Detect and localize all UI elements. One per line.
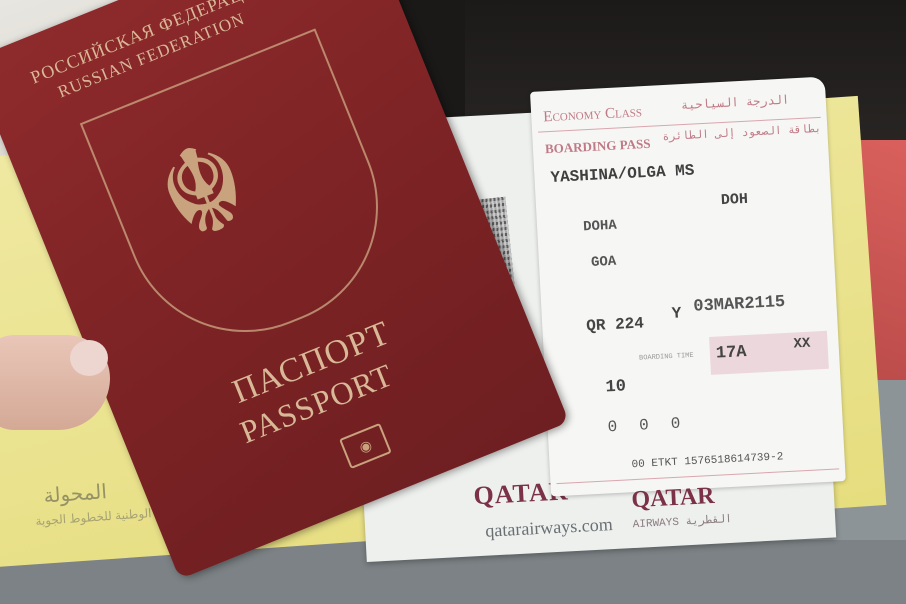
folder-arabic-text: المحولة [43, 479, 108, 508]
booking-class: Y [671, 304, 682, 322]
boarding-time-label: BOARDING TIME [639, 352, 694, 363]
baggage-counts: 000 [607, 413, 703, 436]
eticket-line: 00 ETKT 1576518614739-2 [631, 451, 783, 471]
sequence-number: XX [793, 336, 811, 353]
boarding-pass-title: BOARDING PASS [545, 136, 651, 158]
boarding-pass: Economy Class الدرجة السياحية BOARDING P… [530, 77, 846, 497]
passenger-name: YASHINA/OLGA MS [550, 162, 695, 188]
destination-code: DOH [721, 191, 749, 209]
seat-number: 17A [715, 343, 747, 364]
class-label: Economy Class [543, 104, 642, 126]
thumbnail [70, 340, 108, 376]
jacket-url: qatarairways.com [485, 514, 613, 542]
eticket-prefix: 00 [631, 459, 645, 472]
gate-number: 10 [605, 377, 626, 397]
class-label-arabic: الدرجة السياحية [681, 92, 790, 113]
flight-number: QR 224 [586, 314, 644, 335]
origin-city: DOHA [583, 218, 617, 236]
eticket-number: 1576518614739-2 [684, 451, 784, 468]
boarding-pass-title-arabic: بطاقة الصعود إلى الطائرة [662, 122, 821, 144]
airline-logo: QATAR [631, 483, 715, 514]
eticket-label: ETKT [651, 457, 678, 470]
baggage-count: 0 [607, 417, 640, 437]
destination-city: GOA [591, 254, 617, 271]
baggage-count: 0 [639, 415, 672, 435]
folder-arabic-subtext: الوطنية للخطوط الجوية [35, 506, 152, 528]
flight-date: 03MAR2115 [693, 293, 786, 317]
biometric-chip-icon: ◉ [339, 423, 392, 469]
divider [557, 468, 840, 484]
baggage-count: 0 [670, 413, 703, 433]
